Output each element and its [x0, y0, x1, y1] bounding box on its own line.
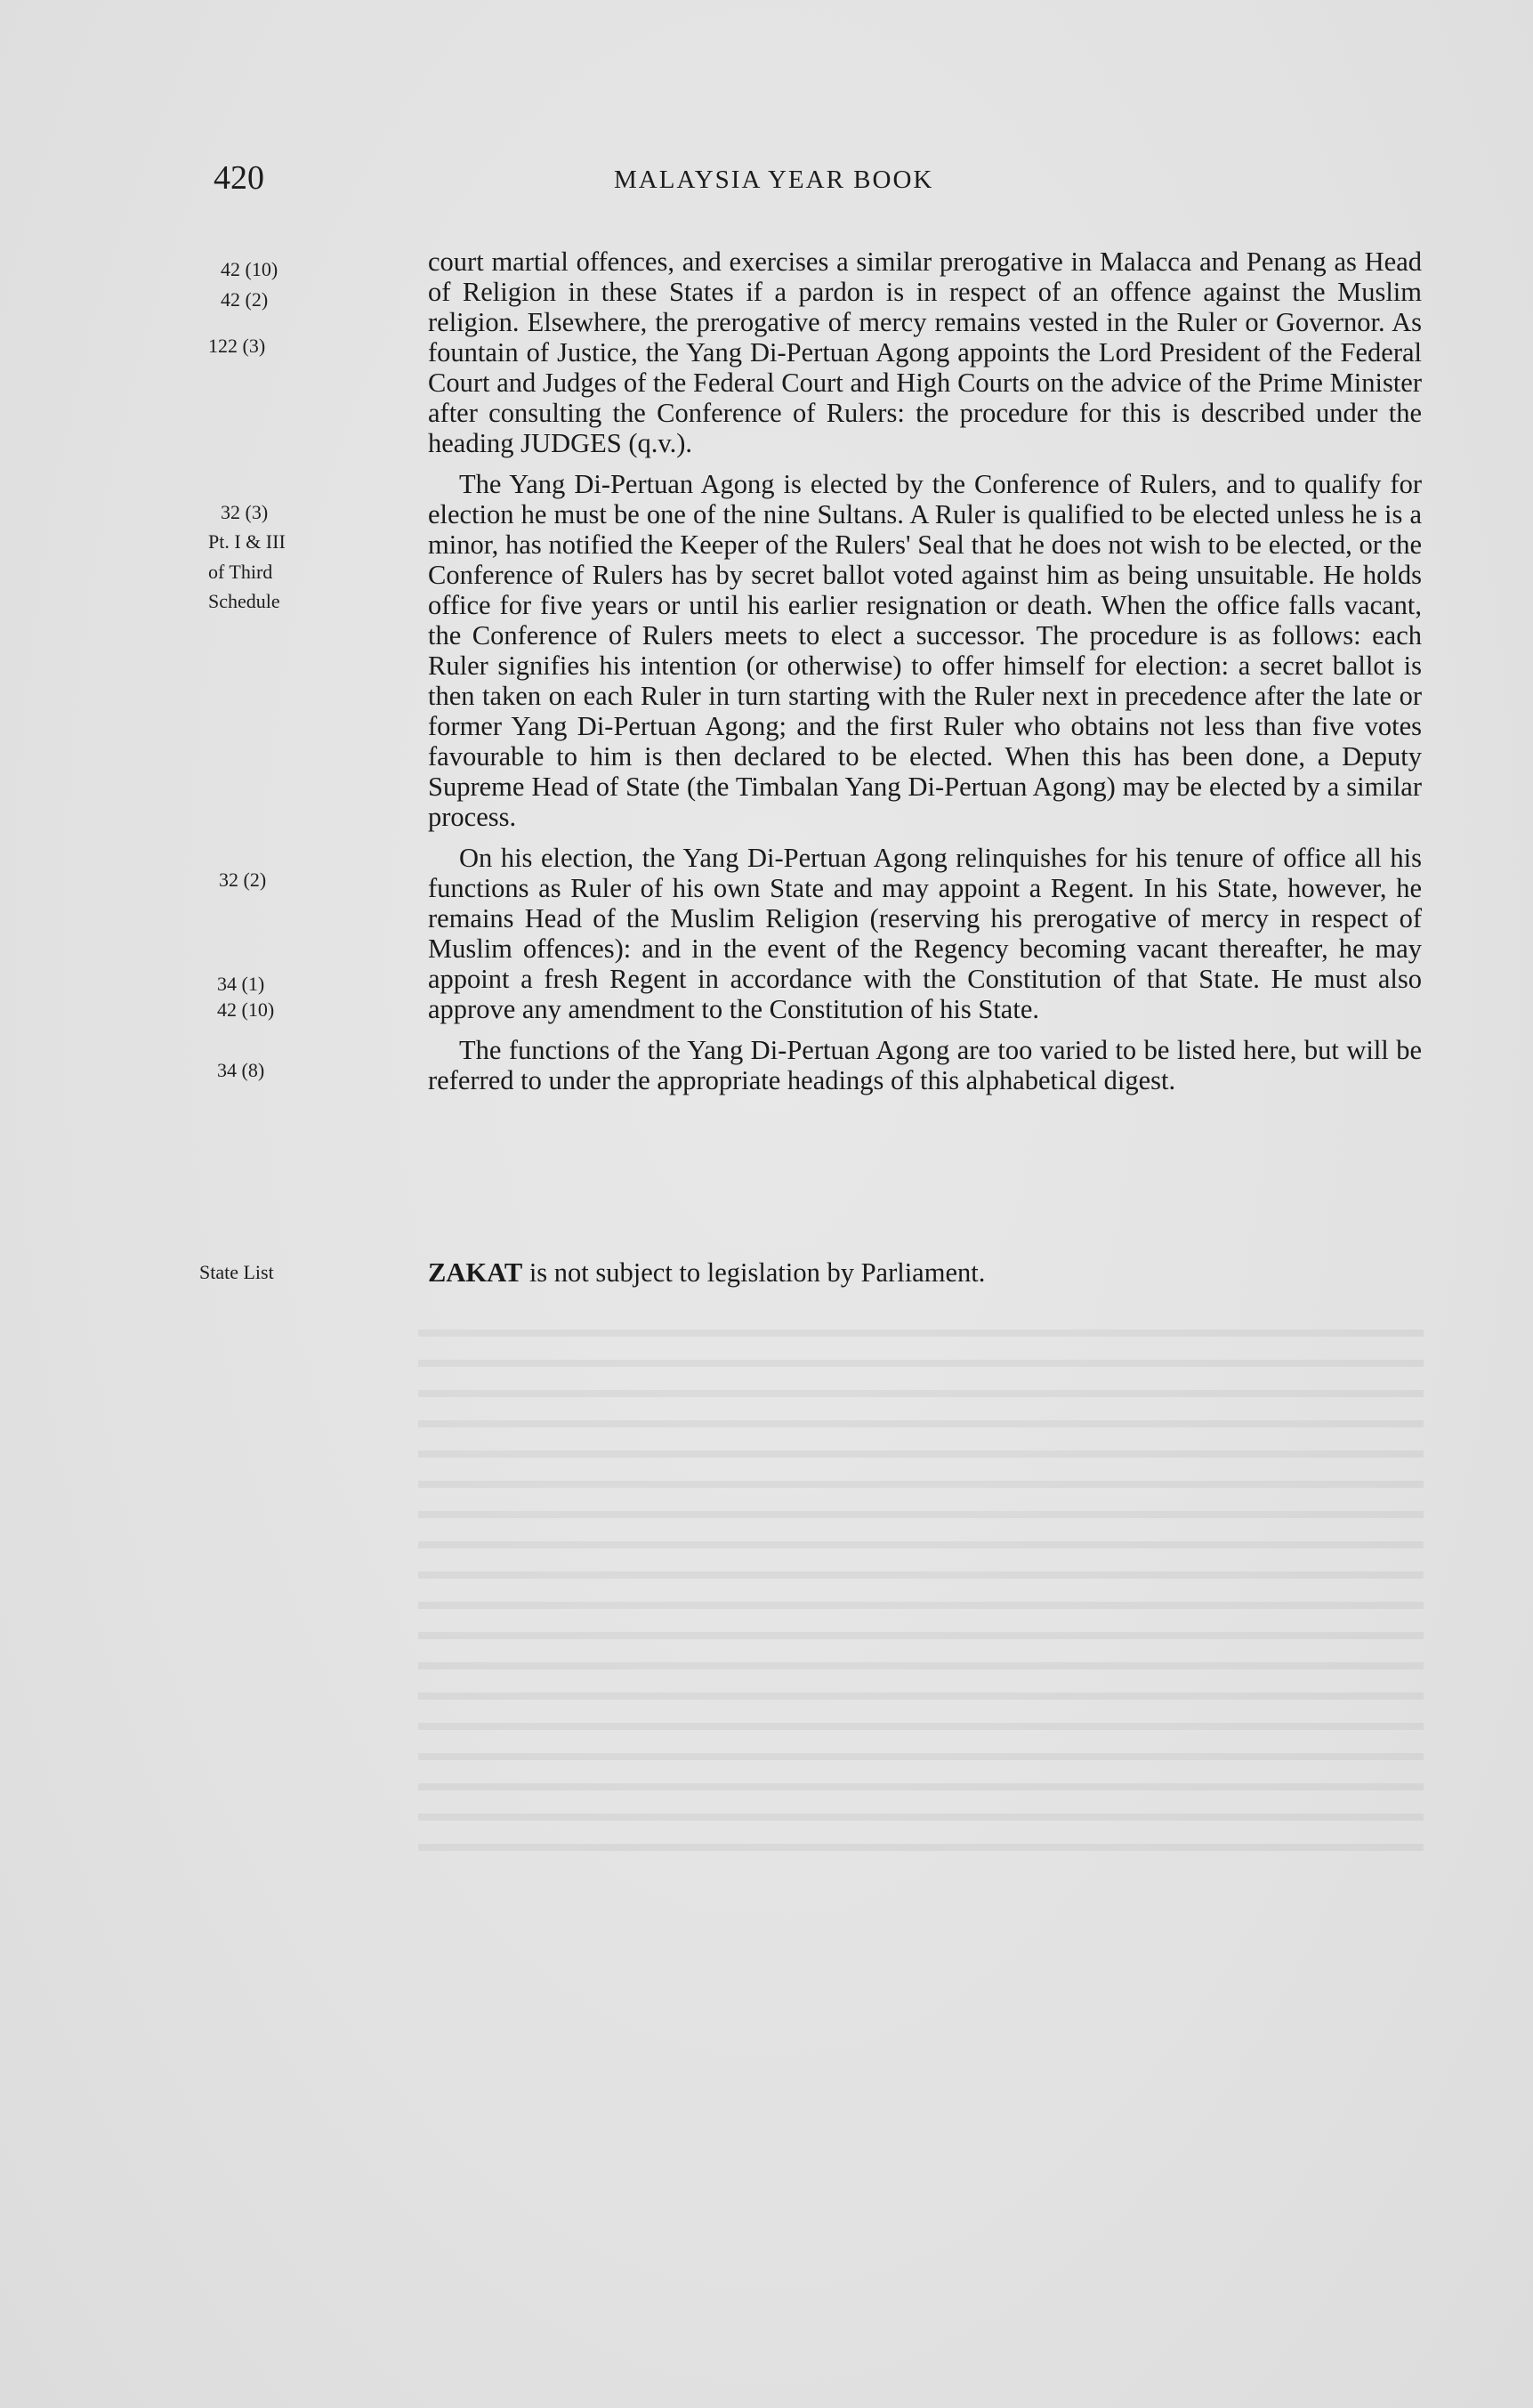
paragraph-regent: On his election, the Yang Di-Pertuan Ago…	[428, 843, 1422, 1024]
margin-note: 42 (2)	[221, 290, 268, 310]
margin-note: 34 (8)	[217, 1061, 264, 1080]
margin-note: of Third	[208, 562, 272, 582]
margin-note: 42 (10)	[221, 260, 278, 279]
margin-note: 32 (2)	[219, 870, 266, 890]
entry-text: is not subject to legislation by Parliam…	[522, 1257, 985, 1288]
paragraph-prerogative: court martial offences, and exercises a …	[428, 246, 1422, 458]
paragraph-functions: The functions of the Yang Di-Pertuan Ago…	[428, 1035, 1422, 1095]
margin-references: 42 (10) 42 (2) 122 (3) 32 (3) Pt. I & II…	[0, 0, 409, 1157]
margin-note: 122 (3)	[208, 336, 265, 356]
margin-note: 42 (10)	[217, 1000, 274, 1020]
entry-line: ZAKAT is not subject to legislation by P…	[428, 1257, 985, 1288]
margin-note: 32 (3)	[221, 503, 268, 522]
book-title: MALAYSIA YEAR BOOK	[614, 162, 933, 198]
margin-note: 34 (1)	[217, 974, 264, 994]
margin-note: Pt. I & III	[208, 532, 286, 552]
entry-headword: ZAKAT	[428, 1257, 522, 1288]
body-text: court martial offences, and exercises a …	[428, 246, 1422, 1095]
document-page: 420 MALAYSIA YEAR BOOK 42 (10) 42 (2) 12…	[0, 0, 1533, 2408]
reverse-page-showthrough	[418, 1317, 1424, 1851]
margin-note: Schedule	[208, 592, 280, 611]
margin-note-state-list: State List	[199, 1257, 274, 1288]
paragraph-election: The Yang Di-Pertuan Agong is elected by …	[428, 469, 1422, 832]
